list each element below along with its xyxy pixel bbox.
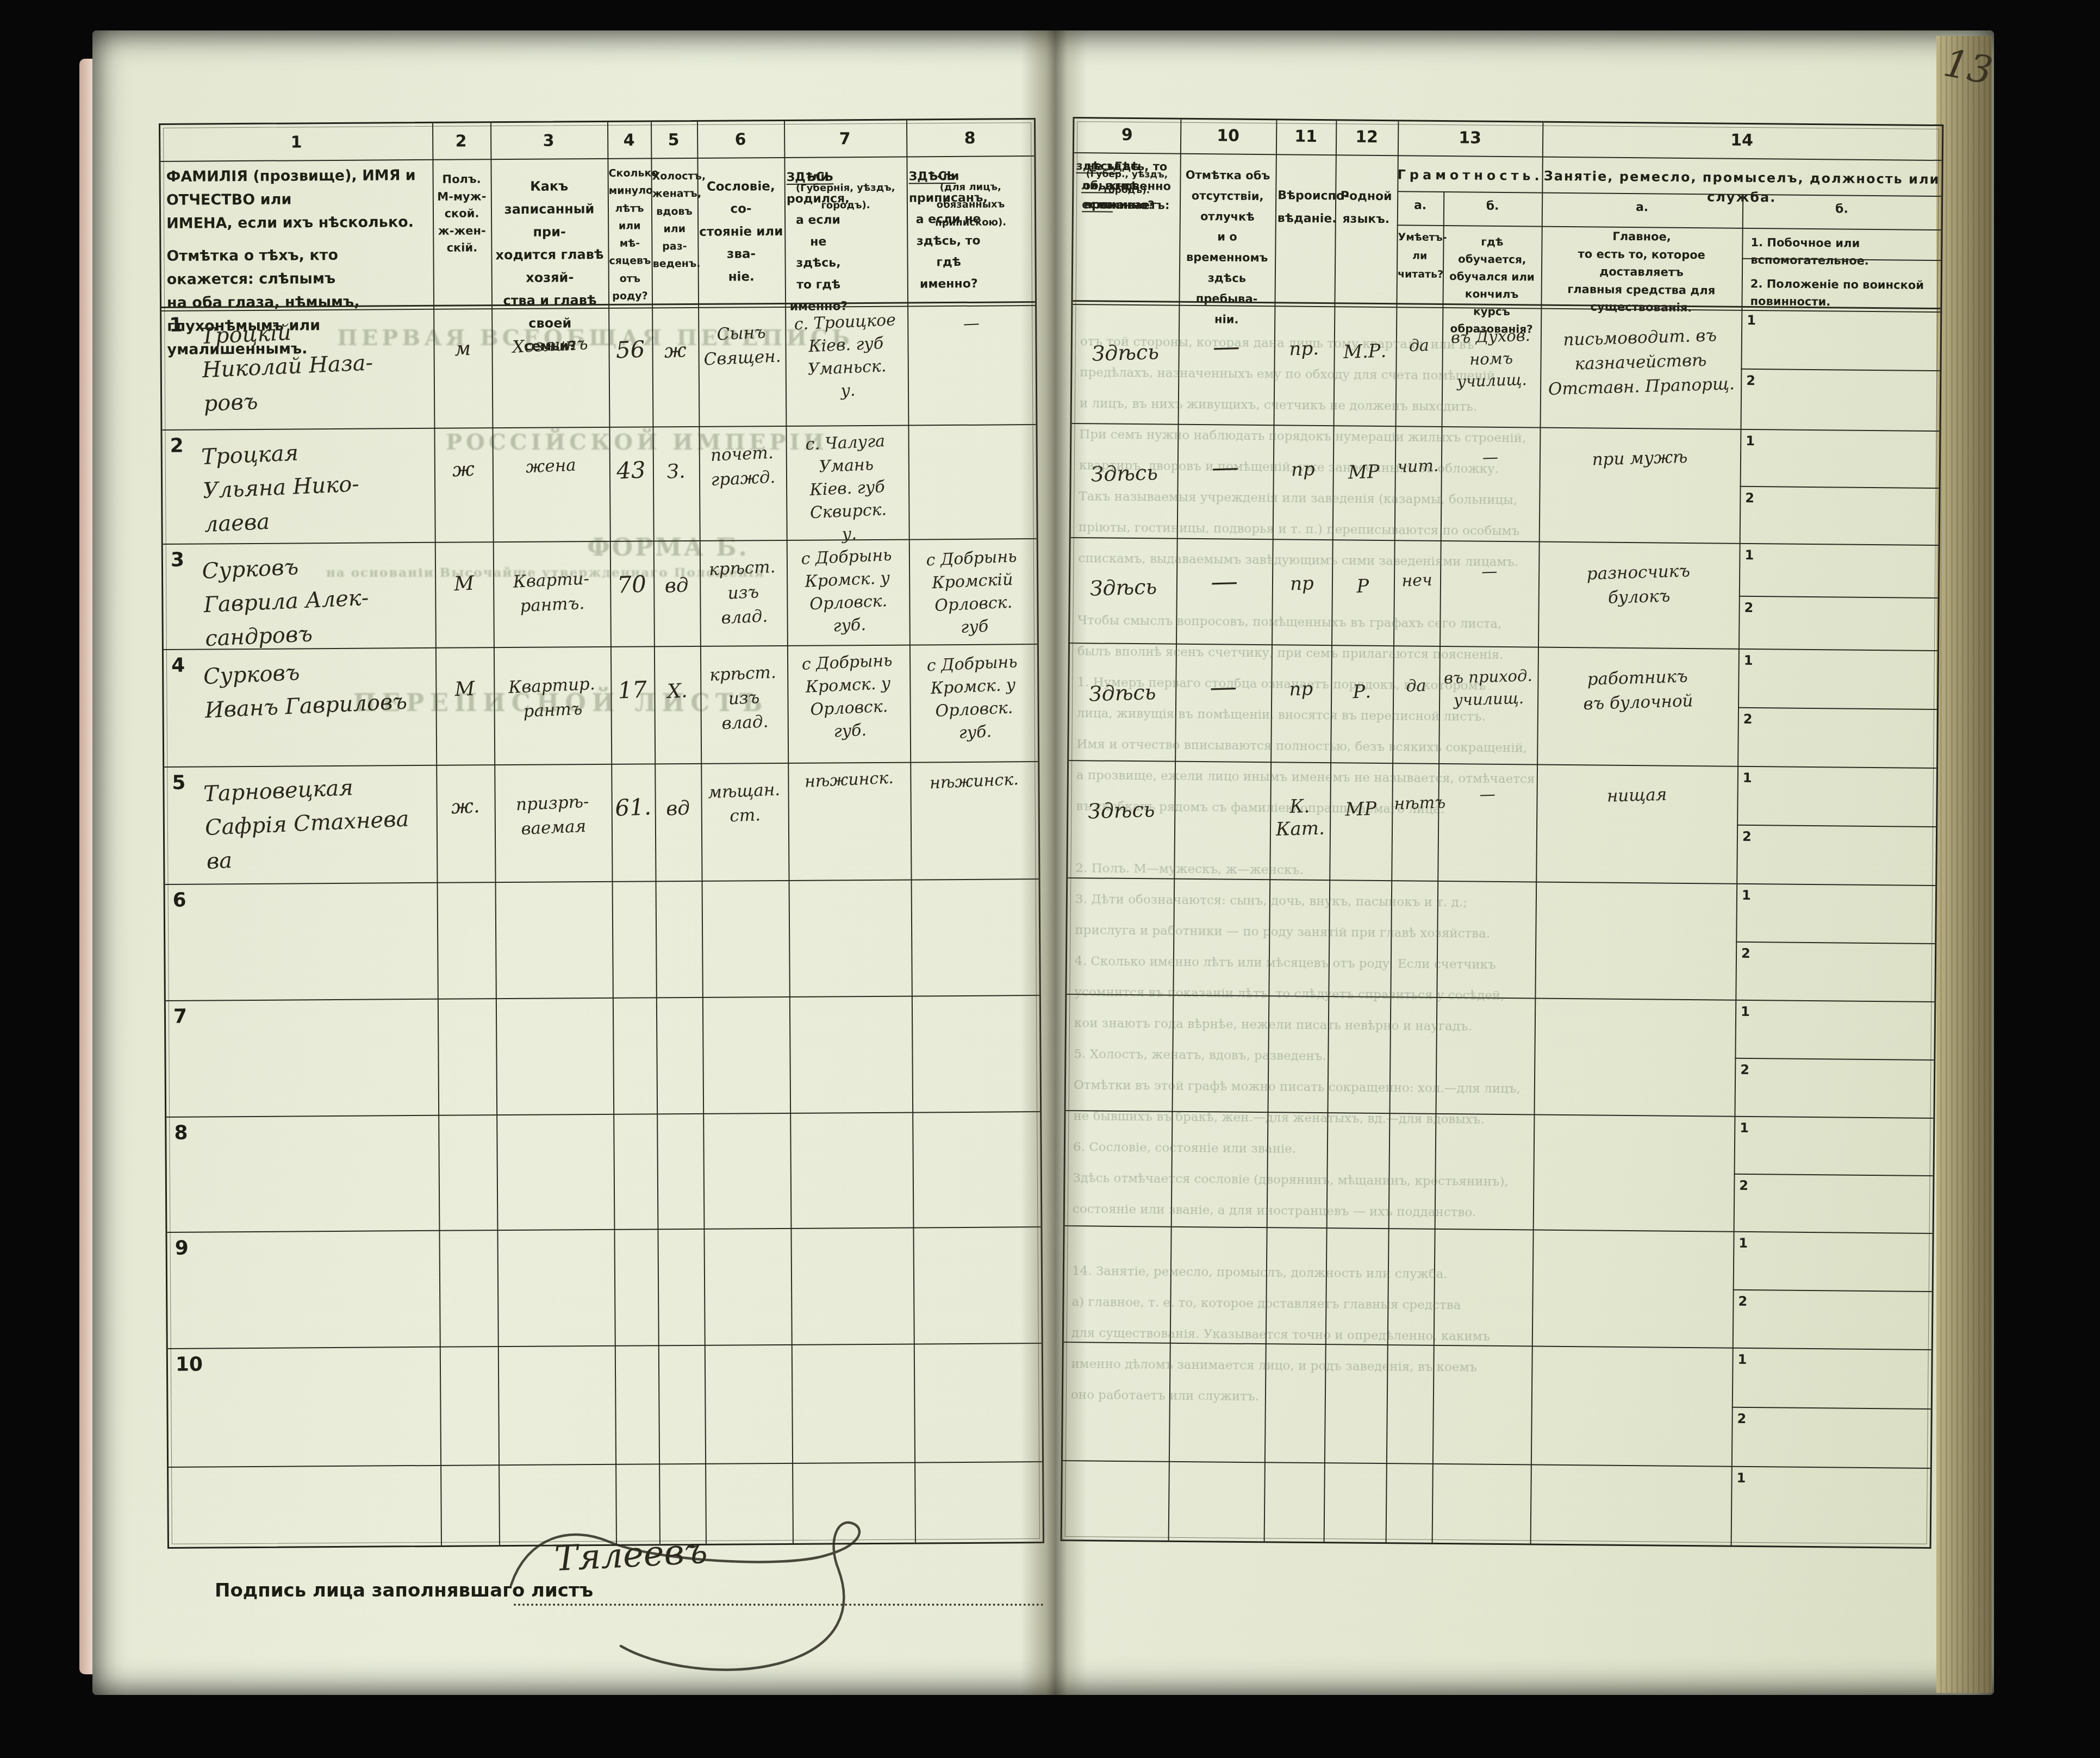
row-3-school-handwritten: —	[1442, 559, 1537, 584]
signature-handwritten: Тялеевъ	[553, 1531, 708, 1580]
header-col9-residence: Гдѣ обыкновенно проживаетъ: здѣсь-ли, а …	[1076, 157, 1178, 198]
grid-line-horizontal	[1063, 1460, 1930, 1469]
row-5-reg-handwritten: нѣжинск.	[912, 768, 1037, 796]
column-number: 14	[1730, 131, 1753, 150]
header-col14a-question: Главное, то есть то, которое доставляетъ…	[1545, 227, 1737, 317]
row-4-mar-handwritten: Х.	[656, 678, 699, 704]
header-col7-note: (Губернія, уѣздъ, городъ).	[787, 179, 905, 215]
row-5-read-handwritten: нѣтъ	[1394, 793, 1436, 814]
header-col12-language: Родной языкъ.	[1337, 185, 1395, 231]
row-5-relig-handwritten: К. Кат.	[1272, 795, 1328, 841]
row-2-relig-handwritten: пр	[1275, 458, 1331, 482]
row-4-reg-handwritten: с Добрынь Кромск. у Орловск. губ.	[910, 650, 1037, 747]
row-number: 6	[173, 889, 186, 912]
row-2-read-handwritten: чит.	[1397, 456, 1439, 477]
row-2-school-handwritten: —	[1443, 445, 1537, 470]
page-edge-right	[1936, 36, 1992, 1693]
row-5-rel-handwritten: призрѣ- ваемая	[496, 789, 610, 843]
row-4-abs-handwritten: —	[1177, 671, 1270, 703]
row-1-mar-handwritten: ж	[654, 338, 697, 364]
row-3-mar-handwritten: вд	[655, 573, 698, 599]
column-number: 10	[1217, 126, 1239, 145]
grid-line-horizontal	[162, 424, 1036, 431]
row-4-rel-handwritten: Квартир. рантъ	[495, 671, 610, 725]
row-2-mar-handwritten: З.	[655, 459, 697, 484]
row-2-lang-handwritten: МР	[1335, 460, 1393, 484]
row-3-occ-handwritten: разносчикъ булокъ	[1540, 558, 1738, 613]
row-1-born-handwritten: с. Троицкое Кіев. губ Уманьск. у.	[786, 308, 907, 404]
row-4-name-handwritten: Сурковъ Иванъ Гавриловъ	[165, 650, 435, 730]
row-1-rel-handwritten: Хозяинъ	[494, 331, 607, 360]
row-3-read-handwritten: неч	[1396, 570, 1438, 591]
row-4-relig-handwritten: пр	[1273, 677, 1329, 701]
grid-line-horizontal	[166, 1111, 1040, 1118]
row-1-age-handwritten: 56	[610, 335, 650, 365]
header-col1-main: ФАМИЛІЯ (прозвище), ИМЯ и ОТЧЕСТВО или И…	[166, 164, 428, 236]
row-5-lang-handwritten: МР	[1332, 797, 1390, 821]
header-col14b-label: б.	[1742, 200, 1941, 219]
row-2-rel-handwritten: жена	[494, 452, 608, 481]
column-number: 5	[668, 130, 680, 149]
row-5-mar-handwritten: вд	[657, 796, 700, 821]
row-3-name-handwritten: Сурковъ Гаврила Алек- сандровъ	[163, 545, 435, 658]
header-col5-marital: Холостъ, женатъ, вдовъ или раз- веденъ.	[652, 167, 697, 273]
row-3-relig-handwritten: пр	[1274, 572, 1330, 596]
row-number: 8	[174, 1122, 188, 1144]
row-1-sex-handwritten: м	[435, 336, 490, 362]
row-1-abs-handwritten: —	[1180, 331, 1273, 363]
row-number: 9	[175, 1237, 189, 1260]
grid-line-horizontal	[165, 878, 1039, 885]
row-3-age-handwritten: 70	[612, 570, 652, 600]
row-1-read-handwritten: да	[1398, 335, 1440, 357]
grid-line-horizontal	[166, 995, 1039, 1001]
signature-flourish	[478, 1504, 946, 1688]
header-col4-age: Сколько минуло лѣтъ или мѣ- сяцевъ отъ р…	[608, 164, 651, 305]
census-table-left-page: ФАМИЛІЯ (прозвище), ИМЯ и ОТЧЕСТВО или И…	[159, 118, 1044, 1549]
row-1-est-handwritten: Сынъ Священ.	[700, 320, 784, 372]
row-5-school-handwritten: —	[1440, 782, 1535, 807]
header-col14a-label: а.	[1542, 198, 1742, 217]
grid-line-horizontal	[167, 1226, 1040, 1233]
row-number: 7	[173, 1006, 187, 1028]
column-number: 6	[735, 130, 746, 149]
grid-line-vertical	[651, 122, 660, 1544]
row-2-born-handwritten: с. Чалуга Умань Кіев. губ Сквирск. у.	[786, 429, 909, 548]
column-number: 4	[624, 131, 635, 150]
subrow-mark-1: 1	[1737, 1470, 1746, 1486]
column-number: 2	[456, 132, 467, 151]
row-4-lang-handwritten: Р.	[1333, 680, 1391, 704]
row-5-est-handwritten: мѣщан. ст.	[702, 777, 787, 830]
row-2-age-handwritten: 43	[611, 456, 651, 485]
grid-line-horizontal	[168, 1343, 1042, 1349]
census-table-right-page: отъ той стороны, которая дана лишь тому …	[1061, 117, 1944, 1549]
column-number: 3	[543, 132, 554, 151]
header-col13b-question: гдѣ обучается, обучался или кончилъ курс…	[1444, 233, 1540, 338]
header-col11-religion: Вѣроиспо- вѣданіе.	[1278, 184, 1333, 230]
row-1-school-handwritten: въ Духов. номъ училищ.	[1443, 324, 1540, 393]
row-5-born-handwritten: нѣжинск.	[790, 766, 909, 794]
row-3-rel-handwritten: Кварти- рантъ.	[494, 566, 609, 620]
column-number: 13	[1459, 128, 1481, 147]
row-4-age-handwritten: 17	[612, 676, 652, 705]
subrow-mark-1: 1	[1747, 313, 1756, 328]
header-col13b-label: б.	[1443, 197, 1542, 216]
row-4-live-handwritten: Здѣсь	[1071, 679, 1174, 707]
row-1-name-handwritten: Троцкій Николай Наза- ровъ	[162, 310, 434, 423]
row-2-live-handwritten: Здѣсь	[1073, 460, 1175, 488]
column-number: 1	[291, 133, 302, 152]
header-col14b-item1: 1. Побочное или вспомогательное.	[1750, 234, 1936, 270]
row-3-reg-handwritten: с Добрынь Кромскій Орловск. губ	[909, 545, 1037, 641]
grid-line-horizontal	[160, 155, 1034, 162]
header-col7-birthplace: ЗДѢСЬ-ли родился, а если не здѣсь, то гд…	[787, 166, 905, 215]
row-1-live-handwritten: Здѣсь	[1074, 339, 1176, 367]
row-4-read-handwritten: да	[1395, 675, 1437, 697]
row-2-sex-handwritten: ж	[436, 457, 491, 483]
column-number: 12	[1355, 128, 1378, 147]
row-number: 10	[176, 1353, 203, 1375]
row-2-est-handwritten: почет. гражд.	[700, 440, 785, 493]
header-col3-relation: Какъ записанный при- ходится главѣ хозяй…	[493, 174, 607, 358]
row-4-est-handwritten: крѣст. изъ влад.	[701, 660, 787, 737]
header-col13a-question: Умѣетъ- ли читать?	[1398, 228, 1442, 284]
row-3-lang-handwritten: Р	[1333, 575, 1392, 599]
row-4-occ-handwritten: работникъ въ булочной	[1539, 663, 1737, 718]
row-4-born-handwritten: с Добрынь Кромск. у Орловск. губ.	[788, 649, 909, 745]
header-col2-sex: Полъ. М-муж- ской. ж-жен- скій.	[433, 171, 491, 257]
row-1-relig-handwritten: пр.	[1276, 337, 1332, 361]
row-5-name-handwritten: Тарновецкая Сафрія Стахнева ва	[165, 768, 437, 881]
row-1-occ-handwritten: письмоводит. въ казначействѣ Отставн. Пр…	[1542, 323, 1740, 402]
row-3-sex-handwritten: М	[437, 571, 491, 597]
row-4-school-handwritten: въ приход. училищ.	[1441, 664, 1536, 711]
row-3-est-handwritten: крѣст. изъ влад.	[700, 554, 786, 631]
row-1-lang-handwritten: М.Р.	[1336, 340, 1394, 364]
row-4-sex-handwritten: М	[437, 676, 492, 702]
column-number: 11	[1294, 127, 1317, 146]
showthrough-text-block: отъ той стороны, которая дана лишь тому …	[1071, 326, 1928, 1418]
header-col8-note: (для лицъ, обязанныхъ припискою).	[909, 178, 1033, 232]
photo-background: ПЕРВАЯ ВСЕОБЩАЯ ПЕРЕПИСЬ РОССІЙСКОЙ ИМПЕ…	[0, 0, 2100, 1758]
row-3-abs-handwritten: —	[1178, 565, 1270, 598]
header-col13a-label: а.	[1397, 196, 1443, 215]
grid-line-horizontal	[169, 1461, 1042, 1468]
header-col6-estate: Сословіе, со- стояніе или зва- ніе.	[699, 176, 784, 289]
row-3-live-handwritten: Здѣсь	[1072, 574, 1174, 602]
header-col13-literacy-title: Грамотность.	[1397, 165, 1542, 185]
column-number: 7	[839, 129, 851, 148]
row-2-name-handwritten: Троцкая Ульяна Нико- лаева	[163, 431, 434, 544]
header-col9-note: (Губер., уѣздъ, городъ).	[1076, 166, 1177, 198]
row-5-age-handwritten: 61.	[613, 793, 653, 822]
row-1-reg-handwritten: —	[909, 310, 1033, 338]
header-col8-registration: ЗДѢСЬ-ли приписанъ, а если не здѣсь, то …	[909, 165, 1033, 232]
handwritten-page-number: 13	[1940, 40, 1996, 93]
row-5-sex-handwritten: ж.	[438, 794, 493, 820]
column-number: 8	[964, 129, 976, 148]
column-number: 9	[1121, 126, 1133, 145]
grid-line-horizontal	[1074, 152, 1942, 161]
row-3-born-handwritten: с Добрынь Кромск. у Орловск. губ.	[787, 543, 909, 639]
row-2-abs-handwritten: —	[1179, 451, 1272, 484]
row-5-live-handwritten: Здѣсь	[1070, 797, 1173, 825]
